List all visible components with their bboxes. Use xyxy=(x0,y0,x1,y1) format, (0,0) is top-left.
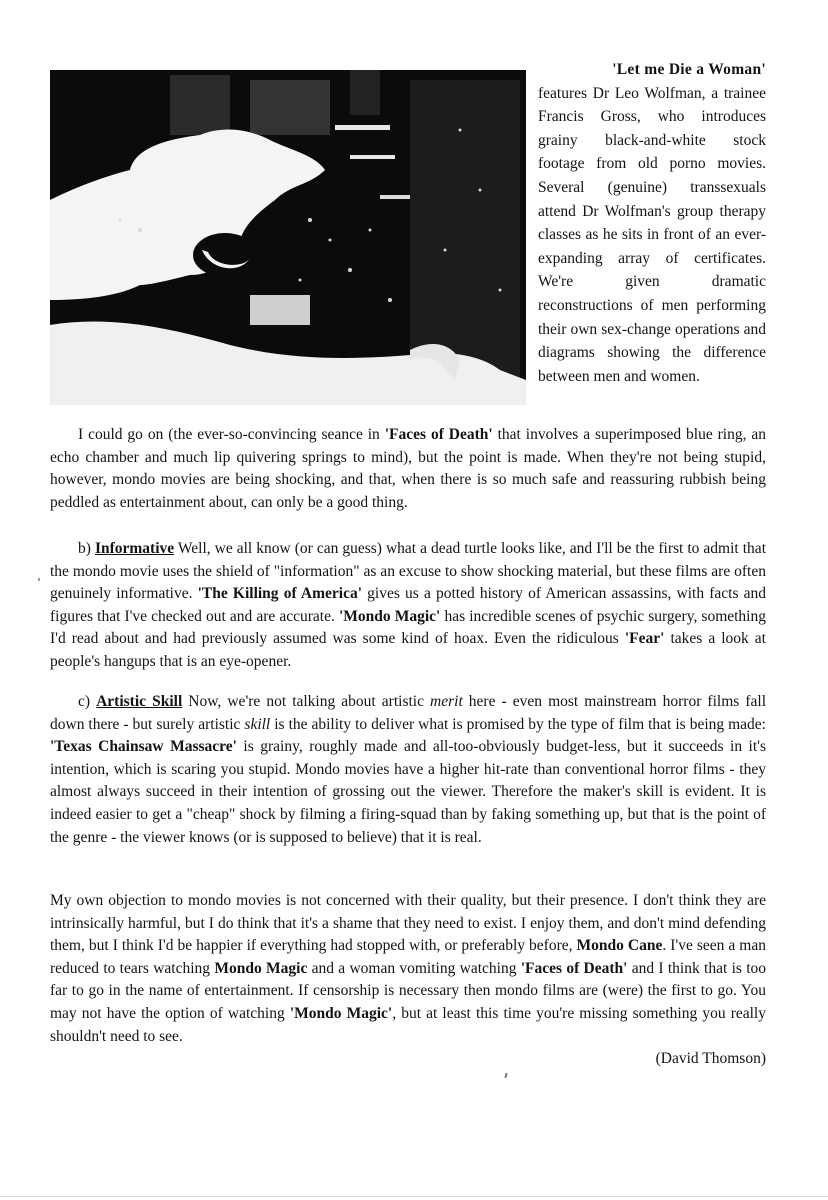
paragraph-informative: b) Informative Well, we all know (or can… xyxy=(50,538,766,674)
film-title-let-me-die-a-woman: 'Let me Die a Woman' xyxy=(538,58,766,82)
film-title: 'Fear' xyxy=(625,630,665,647)
scan-speck xyxy=(38,578,40,581)
page-edge xyxy=(0,1196,828,1197)
text-run: and a woman vomiting watching xyxy=(307,960,520,977)
film-still-photo xyxy=(50,70,526,405)
section-label: c) xyxy=(78,693,96,710)
sidebar-column-text: 'Let me Die a Woman' features Dr Leo Wol… xyxy=(538,58,766,388)
film-title: 'Faces of Death' xyxy=(385,426,493,443)
section-label: b) xyxy=(78,540,95,557)
scan-speck xyxy=(504,1073,507,1078)
paragraph-faces-of-death: I could go on (the ever-so-convincing se… xyxy=(50,424,766,514)
paragraph-artistic-skill: c) Artistic Skill Now, we're not talking… xyxy=(50,691,766,849)
film-title: 'The Killing of America' xyxy=(198,585,362,602)
section-heading-informative: Informative xyxy=(95,540,174,557)
film-title: 'Texas Chainsaw Massacre' xyxy=(50,738,237,755)
author-signature: (David Thomson) xyxy=(656,1050,766,1068)
document-page: 'Let me Die a Woman' features Dr Leo Wol… xyxy=(0,0,828,1200)
section-heading-artistic-skill: Artistic Skill xyxy=(96,693,182,710)
film-title: 'Faces of Death' xyxy=(521,960,628,977)
text-run: is the ability to deliver what is promis… xyxy=(270,716,766,733)
film-title: 'Mondo Magic' xyxy=(290,1005,392,1022)
film-title: Mondo Cane xyxy=(577,937,663,954)
italic-word: merit xyxy=(430,693,463,710)
film-title: 'Mondo Magic' xyxy=(339,608,440,625)
text-run: I could go on (the ever-so-convincing se… xyxy=(78,426,385,443)
photo-image xyxy=(50,70,526,405)
sidebar-paragraph: features Dr Leo Wolfman, a trainee Franc… xyxy=(538,85,766,385)
text-run: Now, we're not talking about artistic xyxy=(182,693,430,710)
film-title: Mondo Magic xyxy=(214,960,307,977)
italic-word: skill xyxy=(244,716,270,733)
paragraph-conclusion: My own objection to mondo movies is not … xyxy=(50,890,766,1048)
